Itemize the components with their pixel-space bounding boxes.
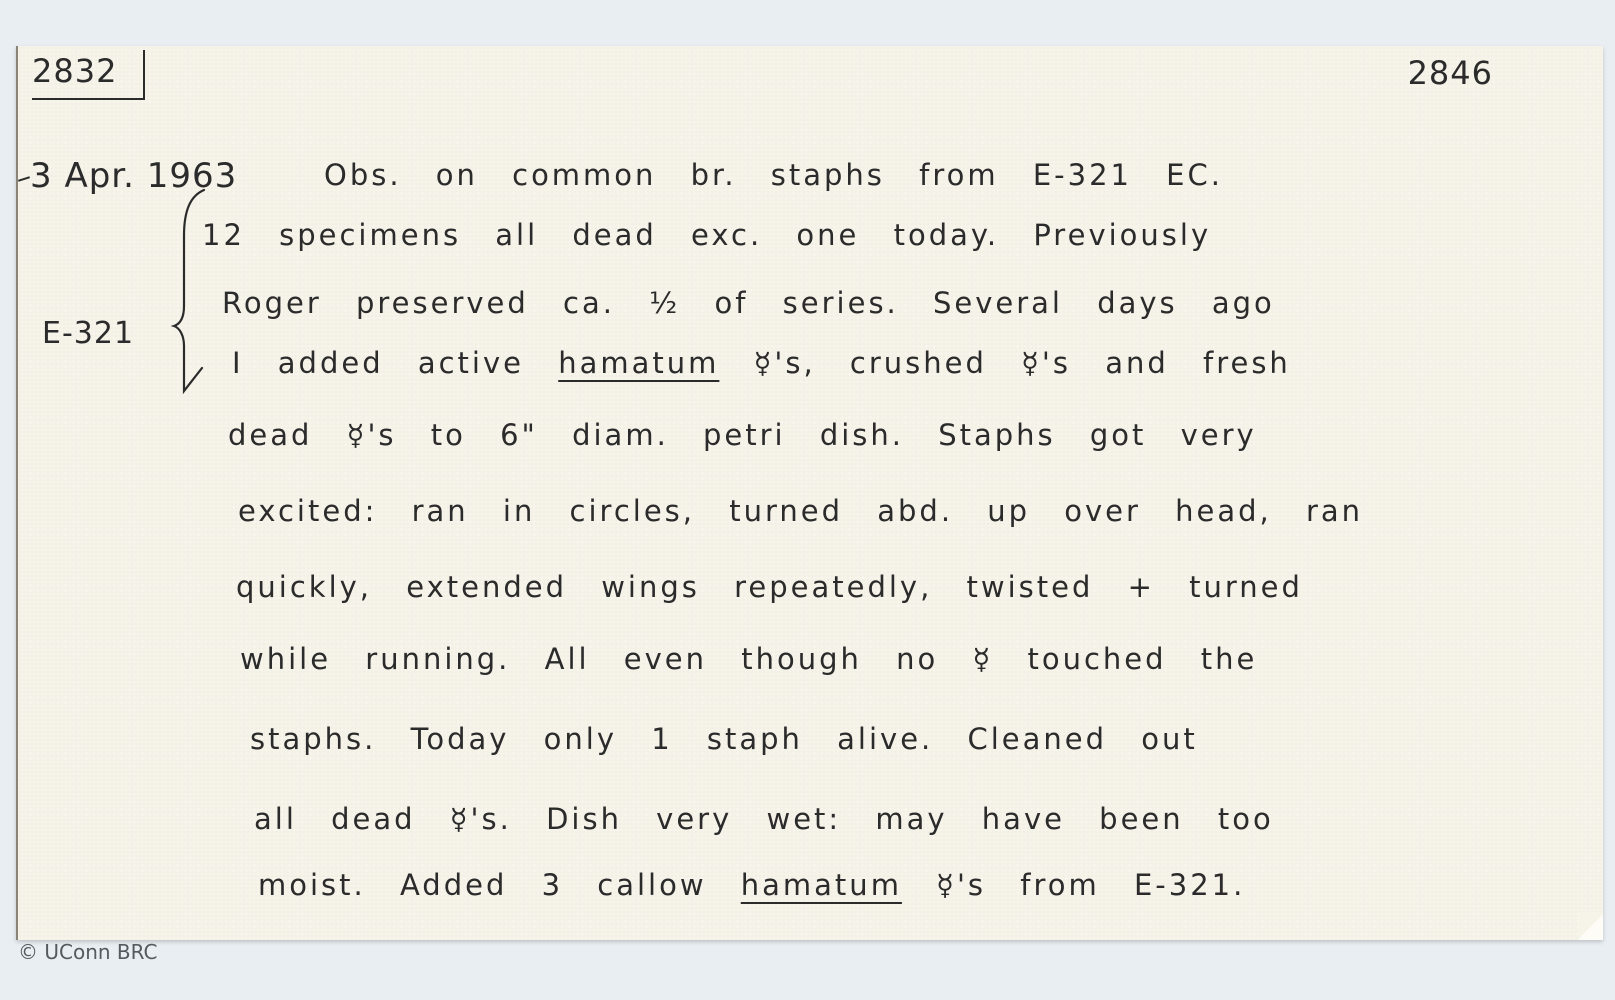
note-line-11-start: moist. Added 3 callow [258, 868, 707, 902]
note-line-4-start: I added active [232, 346, 524, 380]
note-line-11-end: ☿'s from E-321. [936, 868, 1245, 902]
note-line-10: all dead ☿'s. Dish very wet: may have be… [254, 802, 1274, 836]
note-line-7: quickly, extended wings repeatedly, twis… [236, 570, 1303, 604]
copyright-notice: © UConn BRC [18, 940, 158, 964]
note-line-5: dead ☿'s to 6" diam. petri dish. Staphs … [228, 418, 1257, 452]
note-line-6: excited: ran in circles, turned abd. up … [238, 494, 1363, 528]
note-line-1: Obs. on common br. staphs from E-321 EC. [324, 158, 1223, 192]
card-number-left: 2832 [32, 50, 145, 100]
card-number-right: 2846 [1408, 54, 1493, 92]
species-name-hamatum-2: hamatum [741, 868, 902, 902]
note-line-4: I added active hamatum ☿'s, crushed ☿'s … [232, 346, 1291, 380]
note-line-9: staphs. Today only 1 staph alive. Cleane… [250, 722, 1198, 756]
index-card: 2832 2846 3 Apr. 1963 E-321 Obs. on comm… [16, 46, 1603, 940]
note-line-8: while running. All even though no ☿ touc… [240, 642, 1257, 676]
species-name-hamatum: hamatum [558, 346, 719, 380]
note-line-2: 12 specimens all dead exc. one today. Pr… [202, 218, 1211, 252]
margin-label-colony: E-321 [42, 316, 134, 351]
note-line-4-end: ☿'s, crushed ☿'s and fresh [754, 346, 1291, 380]
note-line-11: moist. Added 3 callow hamatum ☿'s from E… [258, 868, 1245, 902]
note-line-3: Roger preserved ca. ½ of series. Several… [222, 286, 1275, 320]
